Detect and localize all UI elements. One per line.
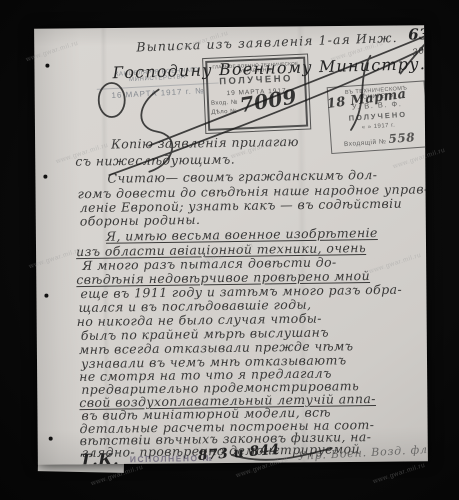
- handwritten-line: съ нижеслѣдующимъ.: [75, 152, 235, 169]
- binding-hole: [49, 437, 53, 441]
- watermark-text: www.gwar.mil.ru: [372, 462, 426, 485]
- handwritten-incoming-558: 558: [388, 130, 415, 146]
- folio-number: 63.: [408, 25, 428, 43]
- document-page: 63. 30/14 Выписка изъ заявленія 1-ая Инж…: [34, 25, 428, 464]
- document-title-line: Выписка изъ заявленія 1-ая Инж.: [136, 30, 398, 55]
- scanned-archive-photo: 63. 30/14 Выписка изъ заявленія 1-ая Инж…: [0, 0, 459, 500]
- stamp-right-incoming-text: Входящій №: [344, 138, 387, 148]
- handwritten-line: обороны родины.: [80, 212, 201, 229]
- binding-hole: [44, 294, 48, 298]
- handwritten-line: Копію заявленія прилагаю: [111, 134, 299, 152]
- binding-hole: [43, 175, 47, 179]
- clerk-initials: Т.К.: [80, 450, 119, 465]
- stamp-right-incoming-label: Входящій № 558: [333, 129, 426, 149]
- stamp-chancellery-date: 16 МАРТА 1917 г. №: [97, 82, 219, 100]
- binding-hole: [45, 64, 49, 68]
